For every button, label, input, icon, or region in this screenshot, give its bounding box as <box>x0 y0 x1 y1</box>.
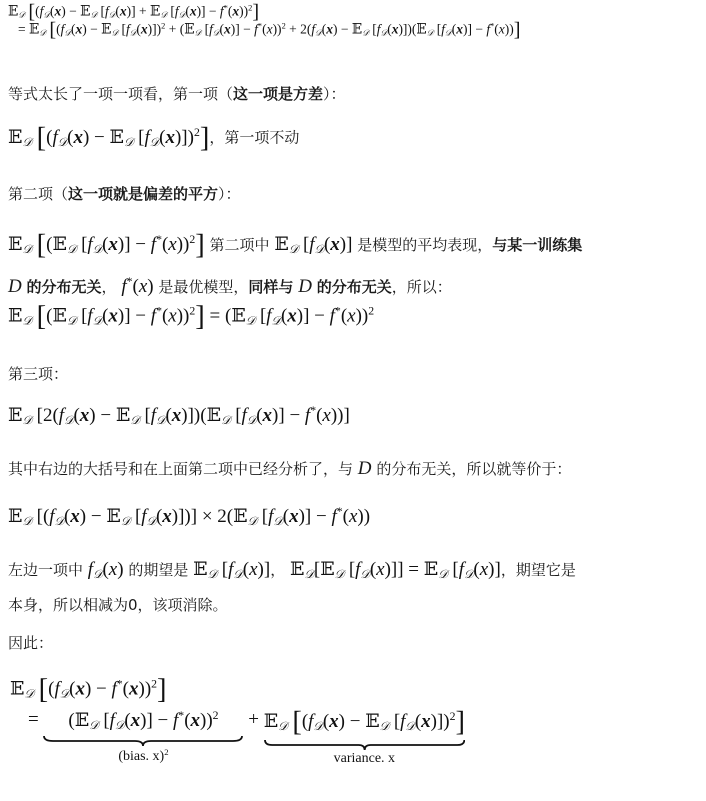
term3-equivalent: 𝔼𝒟 [(f𝒟(x) − 𝔼𝒟 [f𝒟(x)])] × 2(𝔼𝒟 [f𝒟(x)]… <box>8 505 370 529</box>
underbrace-bias <box>43 735 243 747</box>
paragraph-left-term: 左边一项中 f𝒟(x) 的期望是 𝔼𝒟 [f𝒟(x)]， 𝔼𝒟[𝔼𝒟 [f𝒟(x… <box>8 554 576 620</box>
paragraph-third-desc: 其中右边的大括号和在上面第二项中已经分析了，与 D 的分布无关，所以就等价于： <box>8 458 571 480</box>
bold-variance: 这一项是方差 <box>233 85 323 103</box>
term3-equation: 𝔼𝒟 [2(f𝒟(x) − 𝔼𝒟 [f𝒟(x)])(𝔼𝒟 [f𝒟(x)] − f… <box>8 404 350 428</box>
term2-equation: 𝔼𝒟 [(𝔼𝒟 [f𝒟(x)] − f*(x))2] <box>8 234 205 255</box>
paragraph-therefore: 因此： <box>8 632 53 653</box>
term1-line: 𝔼𝒟 [(f𝒟(x) − 𝔼𝒟 [f𝒟(x)])2]，第一项不动 <box>8 124 299 153</box>
equation-expansion-line2: = 𝔼𝒟 [(f𝒟(x) − 𝔼𝒟 [f𝒟(x)])2 + (𝔼𝒟 [f𝒟(x)… <box>8 20 521 40</box>
bias-term: (𝔼𝒟 [f𝒟(x)] − f*(x))2 (bias. x)2 <box>43 709 243 765</box>
term1-equation: 𝔼𝒟 [(f𝒟(x) − 𝔼𝒟 [f𝒟(x)])2] <box>8 127 209 148</box>
term2-equality: 𝔼𝒟 [(𝔼𝒟 [f𝒟(x)] − f*(x))2] = (𝔼𝒟 [f𝒟(x)]… <box>8 303 374 332</box>
underbrace-variance <box>264 739 465 751</box>
equation-expansion-line1: 𝔼𝒟 [(f𝒟(x) − 𝔼𝒟 [f𝒟(x)] + 𝔼𝒟 [f𝒟(x)] − f… <box>8 2 521 22</box>
paragraph-intro: 等式太长了一项一项看，第一项（这一项是方差）： <box>8 83 346 104</box>
inline-expectation: 𝔼𝒟 [f𝒟(x)] <box>274 234 352 255</box>
final-decomposition: 𝔼𝒟 [(f𝒟(x) − f*(x))2] = (𝔼𝒟 [f𝒟(x)] − f*… <box>8 676 465 767</box>
bias-label: (bias. x)2 <box>43 747 243 765</box>
bold-bias-squared: 这一项就是偏差的平方 <box>68 185 218 203</box>
variance-term: 𝔼𝒟 [(f𝒟(x) − 𝔼𝒟 [f𝒟(x)])2] variance. x <box>264 709 465 768</box>
term2-description: 𝔼𝒟 [(𝔼𝒟 [f𝒟(x)] − f*(x))2] 第二项中 𝔼𝒟 [f𝒟(x… <box>8 224 582 303</box>
paragraph-third-term: 第三项： <box>8 363 68 384</box>
variance-label: variance. x <box>264 751 465 767</box>
term1-note: ，第一项不动 <box>209 129 299 147</box>
final-rhs: = (𝔼𝒟 [f𝒟(x)] − f*(x))2 (bias. x)2 + 𝔼𝒟 … <box>8 709 465 768</box>
final-lhs: 𝔼𝒟 [(f𝒟(x) − f*(x))2] <box>8 676 465 705</box>
equation-expansion: 𝔼𝒟 [(f𝒟(x) − 𝔼𝒟 [f𝒟(x)] + 𝔼𝒟 [f𝒟(x)] − f… <box>8 2 521 41</box>
paragraph-second-term: 第二项（这一项就是偏差的平方）： <box>8 183 241 204</box>
